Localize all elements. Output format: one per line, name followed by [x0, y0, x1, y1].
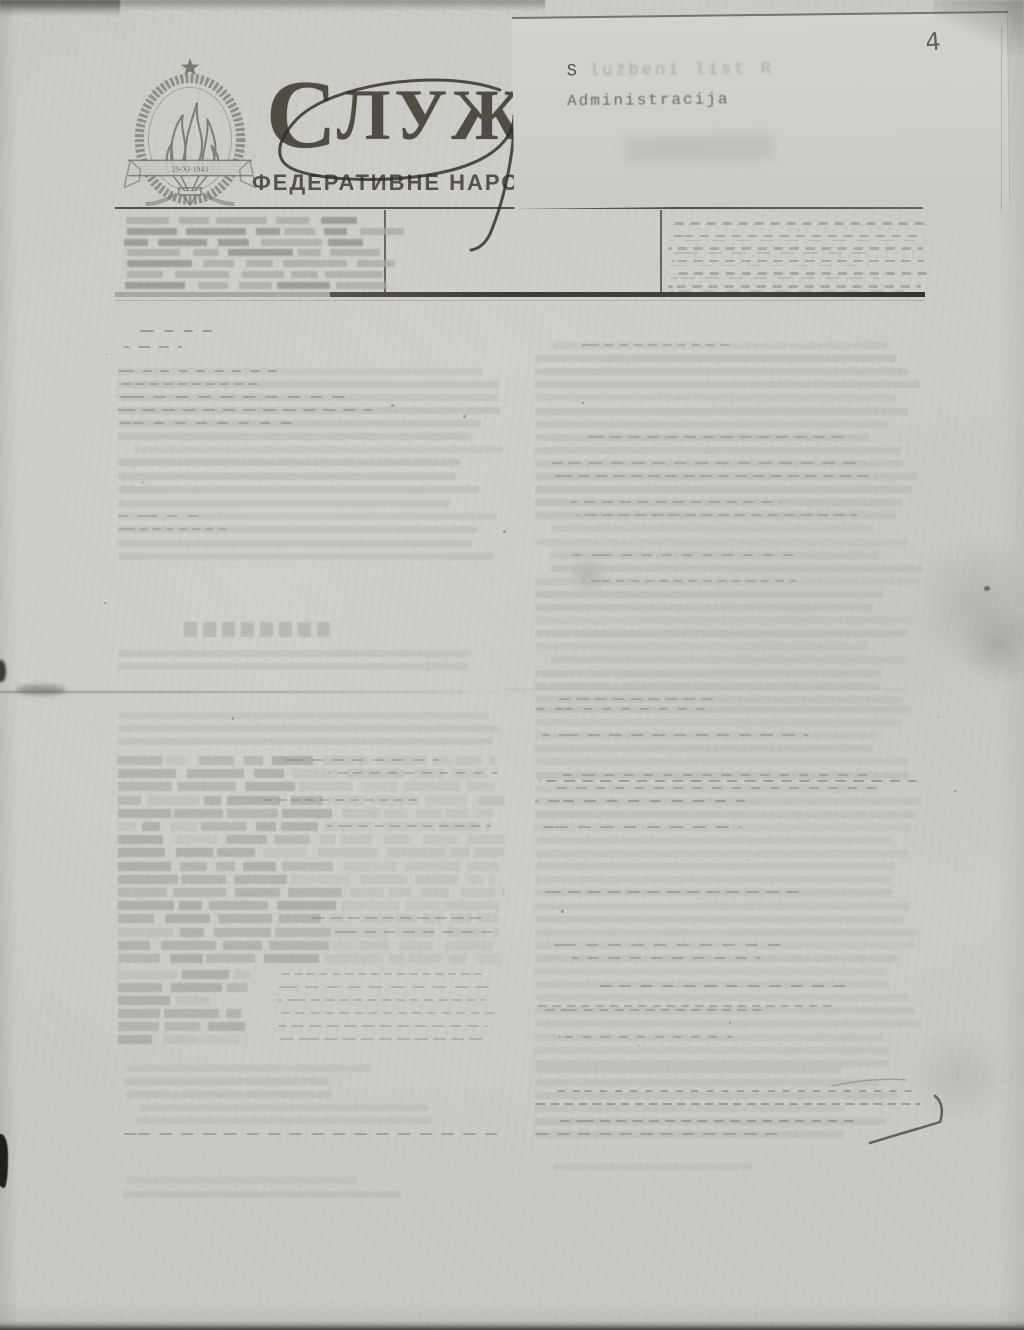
ghost-text-line [535, 994, 909, 1001]
ghost-text-line [199, 756, 234, 765]
ghost-text-line [118, 486, 479, 493]
ghost-text-line [278, 973, 483, 975]
ghost-text-line [423, 835, 459, 844]
ghost-text-line [187, 769, 244, 778]
ghost-text-line [535, 368, 908, 375]
header-divider-2 [660, 210, 662, 294]
ghost-text-line [203, 260, 233, 267]
ghost-text-line [118, 782, 172, 791]
ghost-text-line [409, 954, 442, 963]
paper-stain [565, 558, 611, 592]
ghost-text-line [638, 1045, 640, 1047]
ghost-text-line [772, 382, 773, 383]
ghost-text-line [170, 822, 197, 831]
ghost-text-line [455, 756, 483, 765]
ghost-text-line [137, 1117, 432, 1124]
torch-handles-icon [173, 176, 207, 195]
ghost-text-line [234, 970, 250, 979]
ghost-text-line [535, 811, 915, 818]
ghost-text-line [535, 929, 919, 936]
ghost-text-line [118, 1133, 500, 1135]
ghost-text-line [670, 252, 872, 254]
ghost-text-line [118, 928, 173, 937]
ghost-text-line [552, 475, 871, 477]
ghost-text-line [227, 983, 248, 992]
gazette-subtitle: ФЕДЕРАТИВНЕ НАРО [252, 170, 520, 196]
ghost-text-line [226, 1009, 241, 1018]
ghost-text-line [104, 602, 106, 604]
ghost-text-line [669, 235, 919, 238]
ghost-text-line [328, 772, 498, 774]
ghost-text-line [140, 1104, 428, 1111]
ghost-text-line [118, 650, 471, 657]
ghost-text-line [106, 354, 107, 355]
ghost-text-line [535, 394, 896, 401]
ghost-text-line [118, 540, 472, 547]
scanned-gazette-page: 29-XI-1943 СЛУЖБ ФЕДЕРАТИВНЕ НАРО S lužb… [0, 0, 1024, 1330]
ghost-text-line [557, 698, 717, 700]
left-edge-ink-blob-large [0, 1134, 8, 1188]
ghost-text-line [282, 809, 332, 818]
slip-line-1: S lužbeni list R [567, 60, 774, 82]
ghost-text-line [559, 1120, 859, 1122]
ghost-text-line [572, 554, 804, 556]
ghost-text-line [118, 941, 150, 950]
crease-smudge [16, 685, 66, 695]
ghost-text-line [254, 769, 284, 778]
ghost-text-line [463, 415, 465, 417]
ghost-text-line [118, 809, 171, 818]
ghost-text-line [535, 903, 910, 910]
ghost-text-line [583, 580, 796, 582]
ghost-text-line [535, 447, 901, 454]
paper-stain [955, 605, 1024, 685]
ghost-text-line [389, 954, 406, 963]
top-left-corner-shadow [0, 0, 120, 17]
ghost-text-line [118, 862, 171, 871]
ghost-text-line [552, 462, 865, 464]
ghost-text-line [198, 282, 228, 289]
ghost-text-line [275, 928, 331, 937]
ghost-text-line [341, 901, 399, 910]
ghost-text-line [535, 1079, 879, 1086]
ghost-text-line [234, 875, 287, 884]
ghost-text-line [118, 822, 136, 831]
ghost-text-line [278, 999, 485, 1001]
ghost-text-line [277, 282, 329, 289]
ghost-text-line [118, 422, 300, 424]
fold-crease [0, 691, 508, 693]
ghost-text-line [118, 835, 163, 844]
ghost-text-line [535, 381, 920, 388]
ghost-text-line [125, 282, 185, 289]
ghost-text-line [570, 501, 782, 503]
ghost-text-line [124, 346, 182, 348]
title-initial: С [266, 61, 337, 169]
ghost-text-line [542, 734, 808, 736]
ghost-text-line [535, 758, 908, 765]
ghost-text-line [173, 835, 218, 844]
ghost-text-line [222, 622, 235, 637]
faded-stamp-mark [623, 134, 773, 162]
ghost-text-line [180, 928, 204, 937]
ghost-text-line [176, 996, 210, 1005]
ghost-text-line [535, 421, 889, 428]
ghost-text-line [360, 875, 407, 884]
ghost-text-line [246, 260, 274, 267]
ghost-text-line [148, 796, 200, 805]
ghost-text-line [127, 260, 192, 267]
ghost-text-line [467, 862, 499, 871]
ghost-text-line [361, 782, 398, 791]
ghost-text-line [142, 482, 144, 484]
ghost-text-line [203, 622, 216, 637]
ghost-text-line [201, 822, 245, 831]
ghost-text-line [235, 888, 280, 897]
ghost-text-line [539, 780, 917, 782]
ghost-text-line [535, 1020, 920, 1027]
ghost-text-line [342, 862, 397, 871]
ghost-text-line [535, 1103, 920, 1105]
ghost-text-line [278, 1012, 497, 1014]
ghost-text-line [118, 970, 177, 979]
ghost-text-line [124, 1078, 329, 1085]
paper-stain [900, 1030, 1020, 1120]
left-edge-ink-blob [0, 660, 6, 682]
ghost-text-line [425, 796, 467, 805]
ghost-text-line [544, 944, 781, 946]
ghost-text-line [535, 408, 908, 415]
ghost-text-line [164, 1009, 219, 1018]
ghost-text-line [127, 228, 177, 235]
ghost-text-line [209, 901, 268, 910]
ghost-text-line [180, 862, 207, 871]
ghost-text-line [600, 985, 855, 987]
ghost-text-line [473, 848, 503, 857]
ghost-text-line [126, 1177, 358, 1184]
ghost-text-line [330, 249, 380, 256]
ghost-text-line [450, 848, 470, 857]
ghost-text-line [126, 1091, 332, 1098]
ghost-text-line [555, 787, 882, 789]
ghost-text-line [674, 272, 929, 275]
ghost-text-line [127, 249, 180, 256]
ghost-text-line [476, 809, 494, 818]
ghost-text-line [243, 862, 275, 871]
ghost-text-line [218, 239, 250, 246]
ghost-text-line [278, 986, 496, 988]
header-rule-thick-faded [115, 292, 330, 297]
ghost-text-line [535, 683, 879, 690]
ghost-text-line [535, 745, 873, 752]
ghost-text-line [118, 515, 208, 517]
ghost-text-line [670, 265, 871, 267]
ghost-text-line [264, 954, 319, 963]
ghost-text-line [178, 782, 236, 791]
ghost-text-line [142, 822, 160, 831]
ghost-text-line [389, 888, 411, 897]
yugoslav-coat-of-arms-emblem: 29-XI-1943 [124, 56, 256, 206]
ghost-text-line [398, 941, 434, 950]
ghost-text-line [503, 530, 506, 533]
ghost-text-line [298, 249, 321, 256]
ghost-text-line [535, 1047, 889, 1054]
ghost-text-line [118, 433, 472, 440]
ghost-text-line [291, 875, 350, 884]
ghost-text-line [242, 271, 284, 278]
ghost-text-line [291, 271, 318, 278]
ghost-text-line [226, 835, 266, 844]
ghost-text-line [118, 983, 162, 992]
ghost-text-line [332, 931, 499, 933]
ghost-text-line [535, 1105, 844, 1112]
ghost-text-line [421, 888, 449, 897]
ghost-text-line [415, 875, 459, 884]
ghost-text-line [325, 271, 383, 278]
ghost-text-line [406, 901, 439, 910]
ghost-text-line [179, 217, 209, 224]
ghost-text-line [118, 553, 494, 560]
ghost-text-line [535, 850, 909, 857]
ghost-text-line [118, 712, 489, 719]
ghost-text-line [263, 848, 306, 857]
ghost-text-line [328, 239, 363, 246]
ghost-text-line [576, 514, 858, 516]
ghost-text-line [118, 914, 154, 923]
ghost-text-line [204, 796, 221, 805]
ghost-text-line [206, 954, 255, 963]
ghost-text-line [340, 835, 372, 844]
ghost-text-line [118, 409, 372, 411]
ghost-text-line [491, 756, 495, 765]
ghost-text-line [324, 954, 383, 963]
ghost-text-line [179, 901, 202, 910]
ghost-text-line [383, 835, 411, 844]
ghost-text-line [173, 888, 225, 897]
ghost-text-line [317, 622, 330, 637]
ghost-text-line [324, 228, 347, 235]
ghost-text-line [274, 835, 310, 844]
ghost-text-line [126, 217, 169, 224]
ghost-text-line [668, 285, 921, 288]
ghost-text-line [118, 663, 469, 670]
ghost-text-line [360, 228, 404, 235]
ghost-text-line [579, 344, 733, 346]
ghost-text-line [535, 876, 891, 883]
ghost-text-line [127, 1065, 370, 1072]
ghost-text-line [182, 970, 229, 979]
ghost-text-line [256, 822, 276, 831]
ghost-text-line [239, 282, 271, 289]
ghost-text-line [134, 446, 502, 453]
ghost-text-line [260, 622, 273, 637]
ghost-text-line [327, 825, 491, 827]
ghost-text-line [535, 486, 911, 493]
ghost-text-line [535, 1092, 897, 1099]
ghost-text-line [535, 1005, 835, 1007]
ghost-text-line [276, 217, 309, 224]
ghost-text-line [405, 862, 461, 871]
ghost-text-line [405, 782, 460, 791]
ghost-text-line [186, 228, 247, 235]
ghost-text-line [193, 249, 219, 256]
ghost-text-line [535, 800, 745, 802]
ghost-text-line [336, 282, 387, 289]
ghost-text-line [278, 1025, 488, 1027]
ghost-text-line [557, 1090, 919, 1092]
ghost-text-line [269, 941, 329, 950]
ghost-text-line [171, 983, 222, 992]
ghost-text-line [672, 260, 924, 263]
ghost-text-line [588, 436, 852, 438]
ghost-text-line [163, 1035, 198, 1044]
ghost-text-line [359, 941, 390, 950]
ghost-text-line [446, 809, 468, 818]
ghost-text-line [299, 782, 352, 791]
ghost-text-line [283, 260, 347, 267]
emblem-ribbon-date: 29-XI-1943 [172, 165, 208, 174]
ghost-text-line [223, 941, 262, 950]
slip-line1-initial: S [567, 62, 578, 81]
ghost-text-line [288, 888, 341, 897]
ghost-text-line [535, 719, 902, 726]
ghost-text-line [227, 809, 278, 818]
ghost-text-line [218, 914, 272, 923]
ghost-text-line [122, 1191, 401, 1198]
ghost-text-line [954, 790, 956, 792]
ghost-text-line [216, 862, 234, 871]
slip-line1-faded-text: lužbeni list R [589, 60, 774, 81]
ghost-text-line [350, 888, 384, 897]
ghost-text-line [244, 756, 262, 765]
ghost-text-line [342, 809, 380, 818]
top-right-corner-shadow [934, 0, 1024, 55]
ghost-text-line [384, 809, 406, 818]
ghost-text-line [161, 941, 216, 950]
ghost-text-line [118, 1022, 159, 1031]
ghost-text-line [118, 796, 141, 805]
ghost-text-line [535, 863, 895, 870]
ghost-text-line [535, 355, 897, 362]
ghost-text-line [256, 228, 279, 235]
ghost-text-line [582, 402, 583, 403]
ghost-text-line [551, 565, 923, 572]
ghost-text-line [467, 835, 505, 844]
ghost-text-line [445, 901, 499, 910]
ghost-text-line [281, 822, 318, 831]
ghost-text-line [165, 914, 210, 923]
ghost-text-line [127, 271, 163, 278]
ghost-text-line [535, 1133, 785, 1135]
ghost-text-line [118, 848, 165, 857]
ghost-text-line [553, 1163, 753, 1170]
ghost-text-line [282, 862, 333, 871]
ghost-text-line [118, 1009, 160, 1018]
ghost-text-line [261, 239, 323, 246]
ghost-text-line [535, 539, 908, 546]
ghost-text-line [321, 217, 357, 224]
ghost-text-line [118, 738, 493, 745]
ghost-text-line [536, 708, 715, 710]
ghost-text-line [118, 888, 167, 897]
ghost-text-line [208, 1022, 244, 1031]
ghost-text-line [391, 404, 394, 407]
ghost-text-line [357, 260, 395, 267]
ghost-text-line [535, 670, 881, 677]
ghost-text-line [118, 396, 352, 398]
ghost-text-line [118, 725, 499, 732]
ghost-text-line [535, 591, 883, 598]
ghost-text-line [551, 525, 875, 532]
star-icon [181, 58, 199, 75]
ghost-text-line [176, 848, 213, 857]
ghost-text-line [449, 954, 466, 963]
ghost-text-line [502, 888, 505, 897]
ghost-text-line [387, 848, 445, 857]
ghost-text-line [118, 996, 170, 1005]
header-rule-under [115, 300, 925, 301]
ghost-text-line [277, 901, 337, 910]
paper-stain [905, 540, 1024, 670]
ghost-text-line [535, 837, 893, 844]
ghost-text-line [124, 239, 148, 246]
ghost-text-line [468, 875, 484, 884]
ghost-text-line [535, 604, 873, 611]
ghost-text-line [551, 656, 906, 663]
bottom-edge-shadow [0, 1321, 1024, 1330]
ghost-text-line [232, 717, 235, 720]
ghost-text-line [166, 756, 189, 765]
ghost-text-line [214, 928, 271, 937]
ghost-text-line [298, 622, 311, 637]
ghost-text-line [545, 1009, 768, 1011]
ghost-text-line [558, 1036, 733, 1038]
ghost-text-line [572, 957, 762, 959]
ghost-text-line [216, 217, 267, 224]
ghost-text-line [245, 782, 295, 791]
ghost-text-line [557, 774, 871, 776]
ghost-text-line [416, 809, 441, 818]
ghost-text-line [278, 1038, 485, 1040]
ghost-text-line [535, 916, 903, 923]
ghost-text-line [535, 617, 912, 624]
ghost-text-line [118, 459, 460, 466]
ghost-text-line [285, 759, 439, 761]
ghost-text-line [561, 910, 564, 913]
ghost-text-line [332, 941, 355, 950]
ghost-text-line [668, 247, 923, 250]
ghost-text-line [135, 330, 217, 332]
ghost-text-line [118, 901, 174, 910]
ghost-text-line [535, 630, 908, 637]
ghost-text-line [284, 228, 315, 235]
ghost-text-line [261, 799, 422, 801]
ghost-text-line [118, 954, 160, 963]
header-rule-thick [330, 292, 925, 297]
ghost-text-line [118, 370, 286, 372]
ghost-text-line [118, 473, 456, 480]
ghost-text-line [672, 222, 925, 225]
ghost-text-line [476, 954, 501, 963]
ghost-text-line [543, 826, 742, 828]
ghost-text-line [535, 643, 869, 650]
ghost-text-line [445, 941, 493, 950]
ghost-text-line [118, 875, 178, 884]
ghost-text-line [174, 809, 222, 818]
ghost-text-line [334, 497, 335, 498]
ghost-text-line [118, 1035, 152, 1044]
ghost-text-line [118, 500, 450, 507]
